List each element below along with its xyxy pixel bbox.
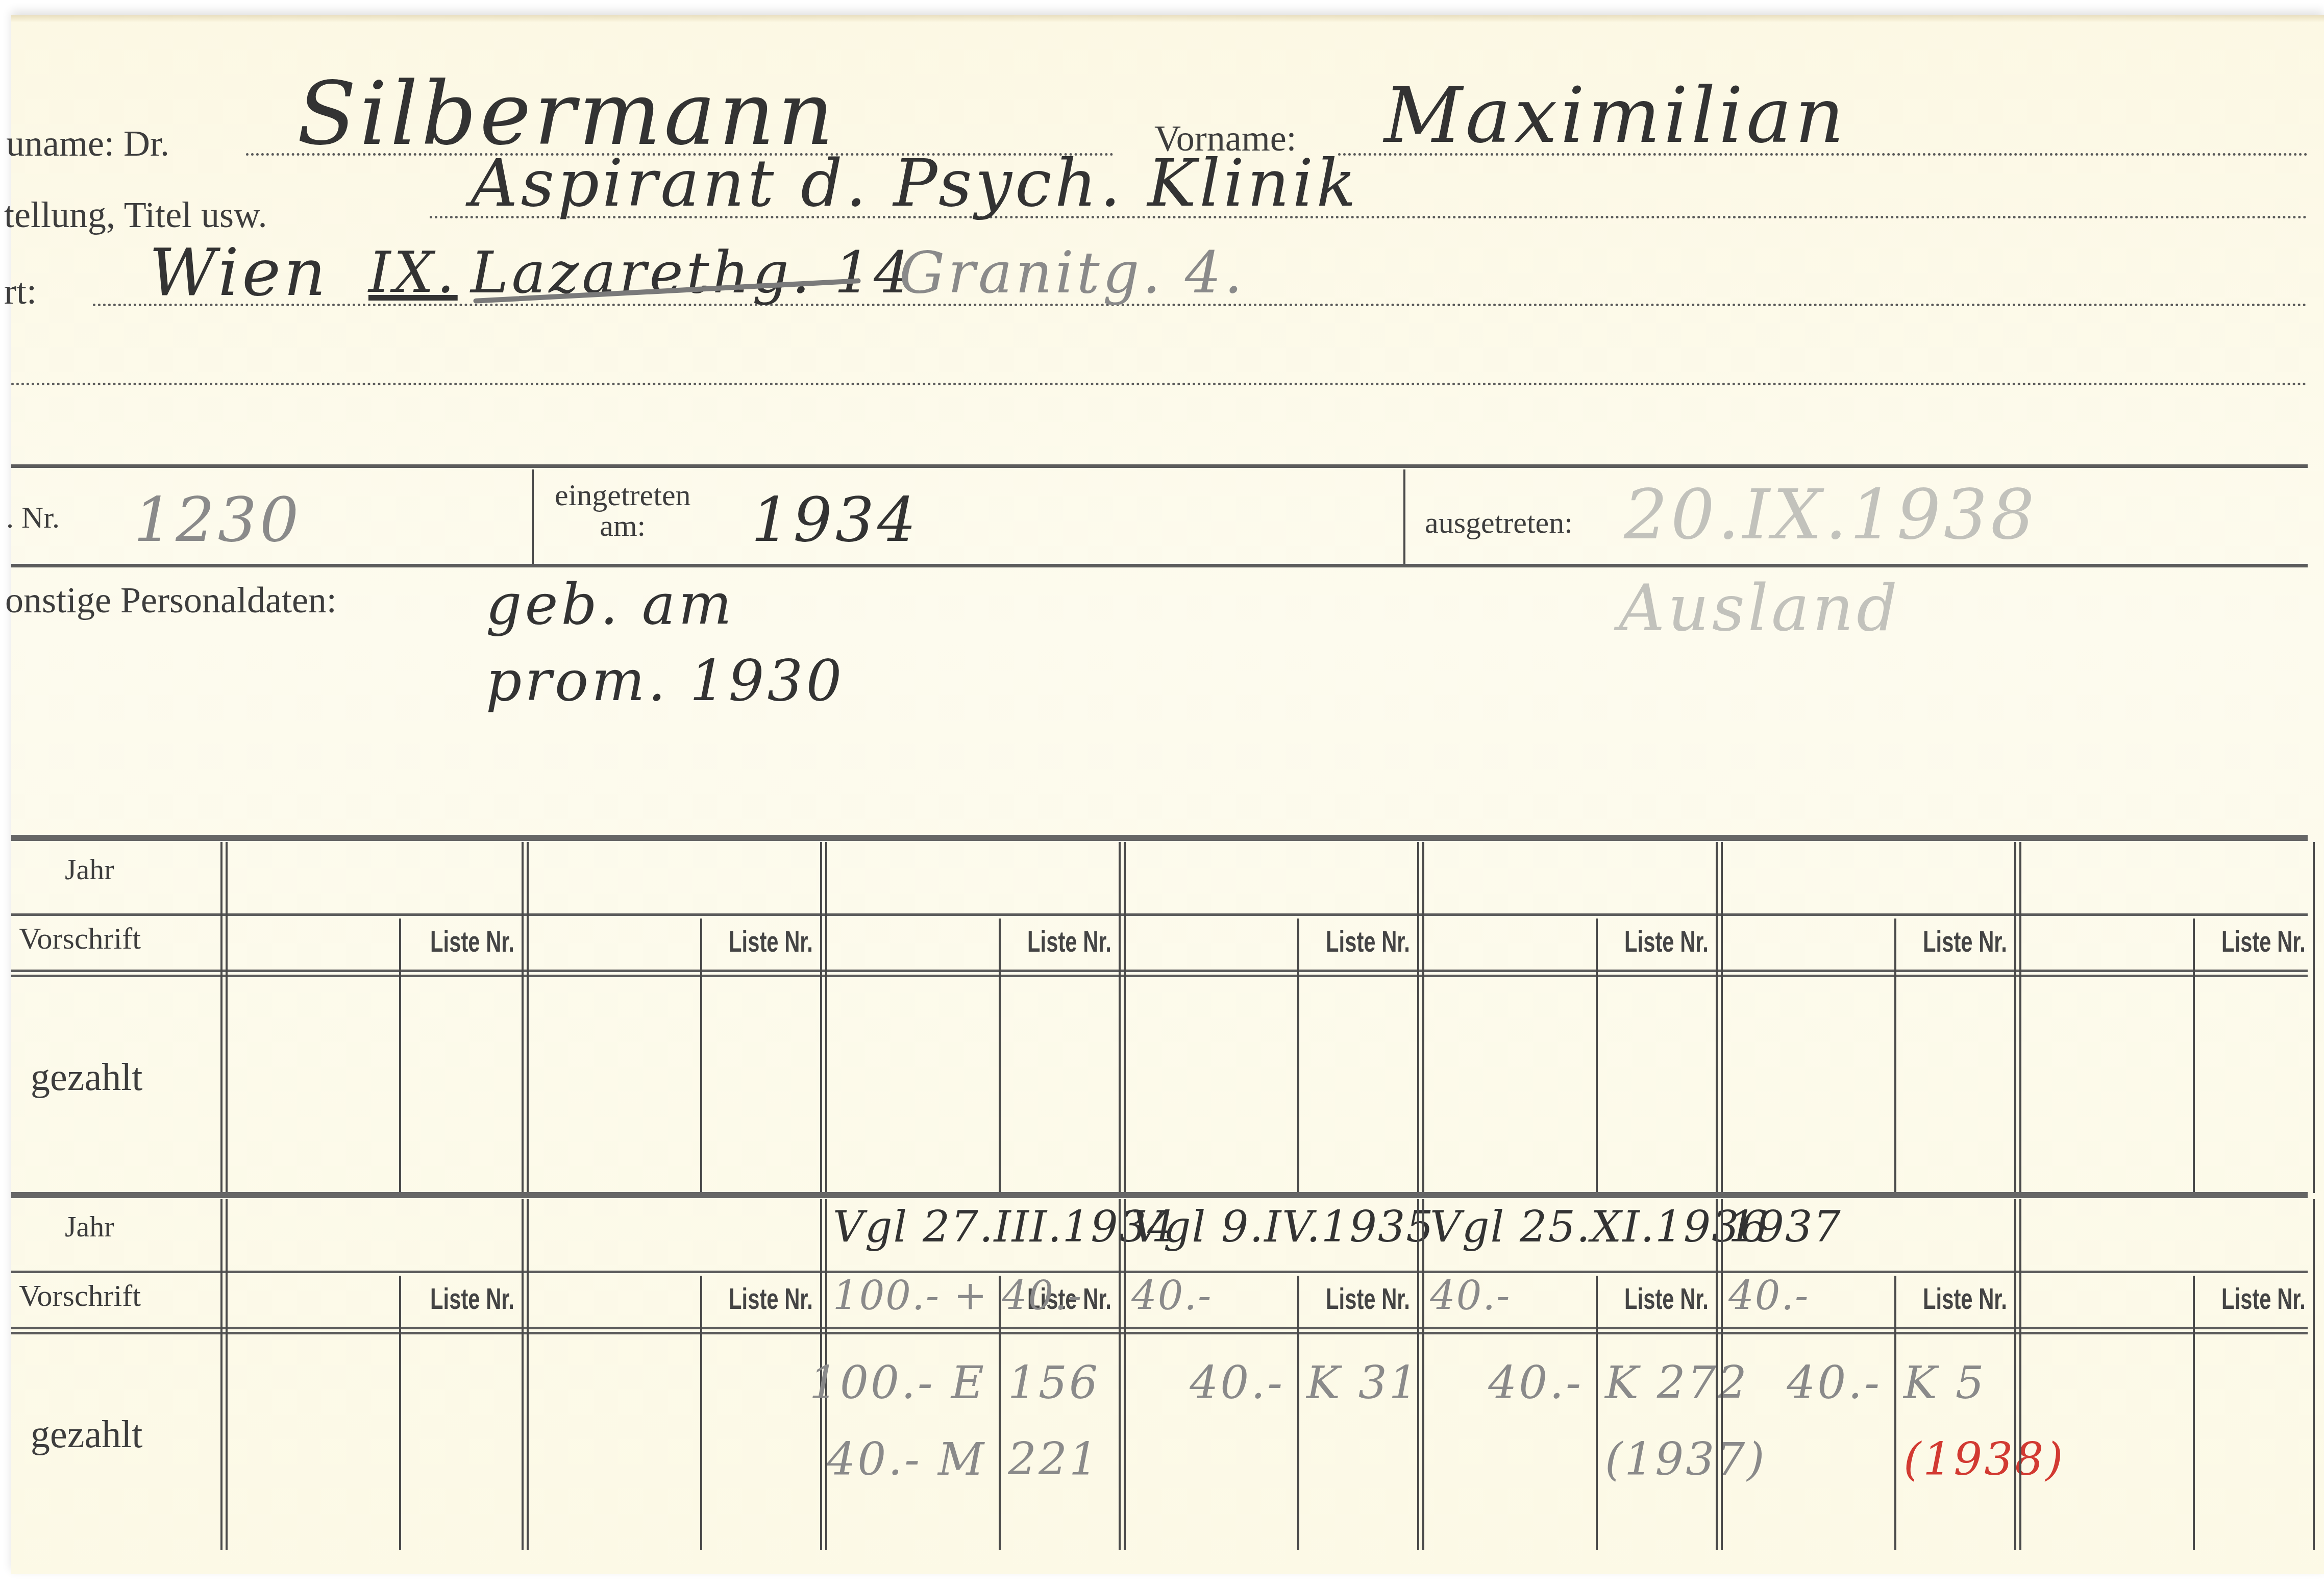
paid-amount-cell: 40.- xyxy=(1787,1356,1882,1409)
prescribed-cell: 100.- + 40.- xyxy=(833,1273,1082,1319)
column-double-rule xyxy=(522,1199,529,1550)
paid-list-number-cell: (1938) xyxy=(1903,1433,2065,1485)
personal-data-line1: geb. am xyxy=(486,572,735,637)
list-number-label: Liste Nr. xyxy=(1326,1282,1410,1316)
paid-list-number-cell: K 272 xyxy=(1605,1356,1749,1409)
list-column-rule xyxy=(1297,1276,1299,1550)
ledger-top-rule xyxy=(11,1192,2308,1198)
left-value: 20.IX.1938 xyxy=(1624,475,2038,555)
ledger-top-rule xyxy=(11,835,2308,841)
paid-list-number-cell: (1937) xyxy=(1605,1433,1767,1485)
paid-list-number-cell: 156 xyxy=(1008,1356,1100,1409)
year-row-label: Jahr xyxy=(65,1209,114,1244)
column-double-rule xyxy=(220,1199,228,1550)
year-row-label: Jahr xyxy=(65,852,114,886)
joined-label: eingetreten am: xyxy=(555,480,691,541)
paid-row-label: gezahlt xyxy=(31,1055,142,1100)
column-double-rule xyxy=(2014,842,2021,1193)
member-number-label: . Nr. xyxy=(6,500,60,535)
list-number-label: Liste Nr. xyxy=(1923,1282,2007,1316)
ledger-row-rule xyxy=(11,975,2308,977)
membership-record-card: uname: Dr. Silbermann Vorname: Maximilia… xyxy=(11,15,2324,1574)
list-number-label: Liste Nr. xyxy=(2221,925,2306,959)
list-column-rule xyxy=(1596,919,1598,1193)
list-column-rule xyxy=(1297,919,1299,1193)
list-column-rule xyxy=(1894,919,1896,1193)
prescribed-row-label: Vorschrift xyxy=(19,921,141,956)
column-double-rule xyxy=(1716,1199,1723,1550)
list-column-rule xyxy=(700,919,702,1193)
firstname-value: Maximilian xyxy=(1384,71,1847,160)
prescribed-row-label: Vorschrift xyxy=(19,1278,141,1313)
list-column-rule xyxy=(700,1276,702,1550)
joined-label-line2: am: xyxy=(555,510,691,541)
ledger-right-border xyxy=(2313,1199,2315,1550)
column-double-rule xyxy=(820,842,827,1193)
year-cell: 1937 xyxy=(1728,1202,1842,1252)
list-column-rule xyxy=(1596,1276,1598,1550)
column-divider xyxy=(532,469,534,566)
list-column-rule xyxy=(1894,1276,1896,1550)
column-double-rule xyxy=(1119,1199,1126,1550)
column-double-rule xyxy=(1417,842,1424,1193)
ledger-row-rule xyxy=(11,970,2308,972)
residence-city: Wien xyxy=(149,235,329,311)
left-note: Ausland xyxy=(1619,572,1900,646)
list-number-label: Liste Nr. xyxy=(430,925,514,959)
paid-amount-cell: 40.- xyxy=(1190,1356,1284,1409)
residence-label: rt: xyxy=(4,270,37,313)
divider-line xyxy=(11,464,2308,468)
list-number-label: Liste Nr. xyxy=(2221,1282,2306,1316)
ledger-right-border xyxy=(2313,842,2315,1193)
column-double-rule xyxy=(220,842,228,1193)
column-double-rule xyxy=(2014,1199,2021,1550)
column-divider xyxy=(1403,469,1405,566)
paid-list-number-cell: 221 xyxy=(1008,1433,1100,1485)
list-number-label: Liste Nr. xyxy=(1624,1282,1709,1316)
column-double-rule xyxy=(522,842,529,1193)
list-number-label: Liste Nr. xyxy=(430,1282,514,1316)
column-double-rule xyxy=(1119,842,1126,1193)
list-number-label: Liste Nr. xyxy=(729,925,813,959)
joined-value: 1934 xyxy=(751,485,919,556)
ledger-row-rule xyxy=(11,913,2308,916)
list-number-label: Liste Nr. xyxy=(1027,925,1111,959)
list-number-label: Liste Nr. xyxy=(1326,925,1410,959)
year-cell: Vgl 9.IV.1935 xyxy=(1131,1202,1435,1252)
list-number-label: Liste Nr. xyxy=(1624,925,1709,959)
paid-amount-cell: 40.- xyxy=(1488,1356,1583,1409)
residence-new-address: Granitg. 4. xyxy=(899,240,1246,306)
divider-line xyxy=(11,564,2308,567)
list-column-rule xyxy=(2193,1276,2195,1550)
paid-list-number-cell: K 31 xyxy=(1306,1356,1420,1409)
left-label: ausgetreten: xyxy=(1425,505,1573,540)
personal-data-line2: prom. 1930 xyxy=(486,648,845,713)
surname-label: uname: Dr. xyxy=(6,122,169,165)
prescribed-cell: 40.- xyxy=(1430,1273,1511,1319)
prescribed-cell: 40.- xyxy=(1728,1273,1809,1319)
list-column-rule xyxy=(2193,919,2195,1193)
residence-district: IX. xyxy=(368,240,458,305)
column-double-rule xyxy=(1417,1199,1424,1550)
paid-amount-cell: 100.- E xyxy=(809,1356,986,1409)
personal-data-label: onstige Personaldaten: xyxy=(5,579,337,622)
paid-amount-cell: 40.- M xyxy=(827,1433,986,1485)
list-column-rule xyxy=(999,919,1001,1193)
blank-dotted-line xyxy=(11,383,2308,385)
joined-label-line1: eingetreten xyxy=(555,480,691,510)
position-label: tellung, Titel usw. xyxy=(4,194,267,236)
column-double-rule xyxy=(1716,842,1723,1193)
list-column-rule xyxy=(399,1276,401,1550)
paid-list-number-cell: K 5 xyxy=(1903,1356,1986,1409)
prescribed-cell: 40.- xyxy=(1131,1273,1212,1319)
ledger-row-rule xyxy=(11,1327,2308,1329)
member-number-value: 1230 xyxy=(134,485,302,556)
list-number-label: Liste Nr. xyxy=(729,1282,813,1316)
ledger-row-rule xyxy=(11,1332,2308,1334)
position-value: Aspirant d. Psych. Klinik xyxy=(471,145,1359,221)
paid-row-label: gezahlt xyxy=(31,1412,142,1457)
list-column-rule xyxy=(399,919,401,1193)
list-number-label: Liste Nr. xyxy=(1923,925,2007,959)
